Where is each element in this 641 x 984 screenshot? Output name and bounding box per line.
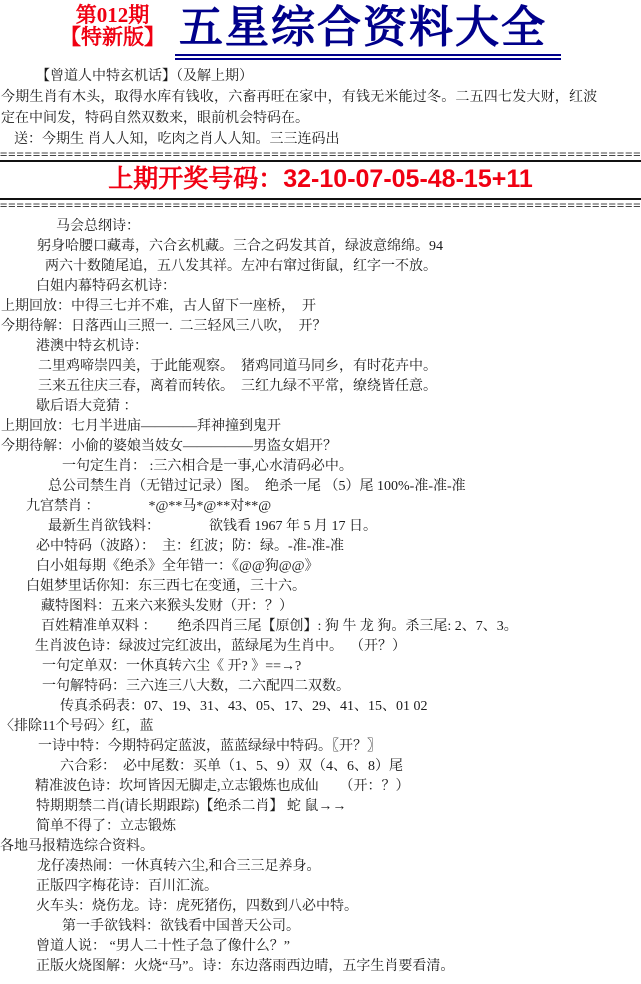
last-draw-banner: 上期开奖号码：32-10-07-05-48-15+11 — [0, 160, 641, 200]
text-line: 正版火烧图解：火烧“马”。诗：东边落雨西边晴，五字生肖要看清。 — [0, 957, 641, 977]
text-line: 精准波色诗：坎坷皆因无脚走,立志锻炼也成仙 （开：？） — [0, 777, 641, 797]
text-line: 躬身哈腰口藏毒，六合玄机藏。三合之码发其首，绿波意绵绵。94 — [0, 237, 641, 257]
lottery-info-sheet: 第012期【特新版】 五星综合资料大全 【曾道人中特玄机话】（及解上期） 今期生… — [0, 0, 641, 984]
last-draw-text: 上期开奖号码：32-10-07-05-48-15+11 — [108, 165, 533, 193]
text-line: 特期期禁二肖(请长期跟踪)【绝杀二肖】 蛇 鼠→→ — [0, 797, 641, 817]
text-line: 第一手欲钱料：欲钱看中国普天公司。 — [0, 917, 641, 937]
text-line: 百姓精准单双料 ： 绝杀四肖三尾【原创】: 狗 牛 龙 狗。杀三尾: 2、7、3… — [0, 617, 641, 637]
text-line: 二里鸡啼崇四美，于此能观察。 猪鸡同道马同乡，有时花卉中。 — [0, 357, 641, 377]
intro-paragraph-line2: 定在中间发，特码自然双数来，眼前机会特码在。 — [0, 108, 641, 129]
edition-label: 【特新版】 — [60, 25, 165, 49]
text-line: 今期待解：日落西山三照一. 二三轻风三八吹， 开？ — [0, 317, 641, 337]
intro-paragraph-line1: 今期生肖有木头，取得水库有钱收，六畜再旺在家中，有钱无米能过冬。二五四七发大财，… — [0, 87, 641, 108]
text-line: 今期待解：小偷的婆娘当妓女—————男盗女娼开？ — [0, 437, 641, 457]
text-line: 藏特图料：五来六来猴头发财（开：？） — [0, 597, 641, 617]
text-line: 各地马报精选综合资料。 — [0, 837, 641, 857]
text-line: 港澳中特玄机诗： — [0, 337, 641, 357]
text-line: 马会总纲诗： — [0, 217, 641, 237]
text-line: 生肖波色诗：绿波过完红波出，蓝绿尾为生肖中。 （开？） — [0, 637, 641, 657]
header: 第012期【特新版】 五星综合资料大全 — [0, 0, 641, 62]
intro-section: 【曾道人中特玄机话】（及解上期） 今期生肖有木头，取得水库有钱收，六畜再旺在家中… — [0, 66, 641, 150]
intro-heading: 【曾道人中特玄机话】（及解上期） — [0, 66, 641, 87]
last-draw-label: 上期开奖号码： — [108, 166, 283, 193]
text-line: 三来五往庆三春，离着而转依。 三红九绿不平常，缭绕皆任意。 — [0, 377, 641, 397]
text-line: 一句定生肖： :三六相合是一事,心水清码必中。 — [0, 457, 641, 477]
text-line: 总公司禁生肖（无错过记录）图。 绝杀一尾 （5）尾 100%-准-准-准 — [0, 477, 641, 497]
last-draw-numbers: 32-10-07-05-48-15+11 — [283, 165, 533, 193]
content-lines: 马会总纲诗：躬身哈腰口藏毒，六合玄机藏。三合之码发其首，绿波意绵绵。94两六十数… — [0, 217, 641, 977]
text-line: 简单不得了：立志锻炼 — [0, 817, 641, 837]
text-line: 上期回放：七月半进庙————拜神撞到鬼开 — [0, 417, 641, 437]
text-line: 白小姐每期《绝杀》全年错一：《@@狗@@》 — [0, 557, 641, 577]
text-line: 龙仔凑热闹：一休真转六尘,和合三三足养身。 — [0, 857, 641, 877]
text-line: 上期回放：中得三七并不难，古人留下一座桥， 开 — [0, 297, 641, 317]
text-line: 九宫禁肖 ： *@**马*@**对**@ — [0, 497, 641, 517]
text-line: 〈排除11个号码〉红，蓝 — [0, 717, 641, 737]
text-line: 白姐梦里话你知：东三西七在变通，三十六。 — [0, 577, 641, 597]
intro-send-line: 送：今期生 肖人人知，吃肉之肖人人知。三三连码出 — [0, 129, 641, 150]
text-line: 一句解特码：三六连三八大数，二六配四二双数。 — [0, 677, 641, 697]
text-line: 曾道人说： “男人二十性子急了像什么？” — [0, 937, 641, 957]
text-line: 最新生肖欲钱料： 欲钱看 1967 年 5 月 17 日。 — [0, 517, 641, 537]
issue-number: 第012期 — [76, 3, 150, 27]
separator-bottom: ========================================… — [0, 201, 641, 210]
text-line: 一诗中特：今期特码定蓝波，蓝蓝绿绿中特码。〖开？〗 — [0, 737, 641, 757]
separator-top: ========================================… — [0, 150, 641, 159]
issue-block: 第012期【特新版】 — [60, 4, 165, 48]
text-line: 两六十数随尾追，五八发其祥。左冲右窜过街鼠，红字一不放。 — [0, 257, 641, 277]
text-line: 传真杀码表：07、19、31、43、05、17、29、41、15、01 02 — [0, 697, 641, 717]
text-line: 正版四字梅花诗：百川汇流。 — [0, 877, 641, 897]
text-line: 六合彩： 必中尾数：买单（1、5、9）双（4、6、8）尾 — [0, 757, 641, 777]
page-title: 五星综合资料大全 — [175, 4, 561, 60]
text-line: 歇后语大竞猜 ： — [0, 397, 641, 417]
text-line: 白姐内幕特码玄机诗： — [0, 277, 641, 297]
text-line: 必中特码（波路）： 主：红波；防：绿。-准-准-准 — [0, 537, 641, 557]
text-line: 火车头：烧伤龙。诗：虎死猪伤，四数到八必中特。 — [0, 897, 641, 917]
text-line: 一句定单双：一休真转六尘《 开? 》==→? — [0, 657, 641, 677]
